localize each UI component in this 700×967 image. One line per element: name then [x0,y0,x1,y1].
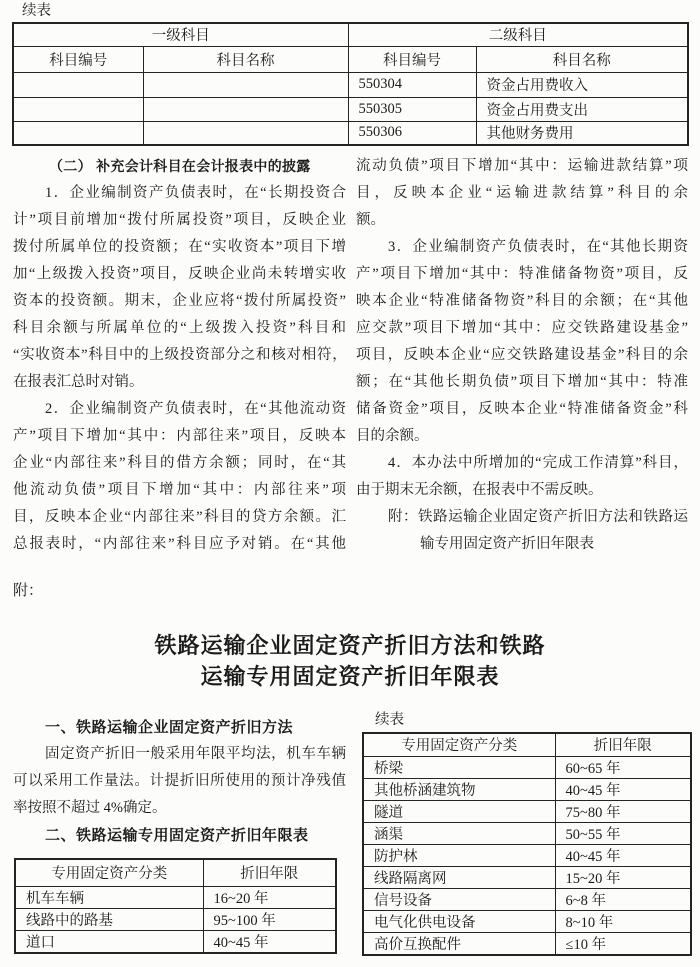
text-line: 率按照不超过 4%确定。 [13,795,346,822]
table-row: 高价互换配件 ≤10 年 [363,932,691,955]
col-header-asset-class: 专用固定资产分类 [15,859,203,886]
table-row: 信号设备 6~8 年 [363,888,691,910]
table-cell-asset: 涵渠 [363,822,555,844]
text-line: 映本企业“特准储备物资”科目的余额；在“其他 [356,288,688,315]
col-header-code-1: 科目编号 [13,46,143,72]
table-cell-years: 60~65 年 [555,756,691,778]
table-row: 隧道 75~80 年 [363,800,691,822]
table-cell-name: 资金占用费收入 [476,72,688,97]
table-cell-years: 16~20 年 [203,886,336,908]
table-cell-years: ≤10 年 [555,932,691,955]
text-line: 科目余额与所属单位的“上级拨入投资”科目和 [13,315,346,342]
table-cell-years: 40~45 年 [555,844,691,866]
table-cell-code: 550306 [348,121,476,145]
text-line: 由于期末无余额，在报表中不需反映。 [356,477,688,504]
text-line: 资本的投资额。期末，企业应将“拨付所属投资” [13,288,346,315]
table-row: 涵渠 50~55 年 [363,822,691,844]
supplementary-accounts-table: 一级科目 二级科目 科目编号 科目名称 科目编号 科目名称 550304 资金占… [12,22,689,146]
continued-table-label-bottom: 续表 [375,711,404,729]
table-cell-asset: 信号设备 [363,888,555,910]
table-row: 550304 资金占用费收入 [13,72,688,97]
col-header-years: 折旧年限 [203,859,336,886]
table-cell-years: 95~100 年 [203,908,336,930]
table-cell-asset: 线路中的路基 [15,908,203,930]
text-line: 附：铁路运输企业固定资产折旧方法和铁路运 [356,504,688,531]
text-line: 额；在“其他长期负债”项目下增加“其中：特准 [356,369,688,396]
text-line: 加“上级拨入投资”项目，反映企业尚未转增实收 [13,261,346,288]
table-cell [13,72,143,97]
document-page: 续表 一级科目 二级科目 科目编号 科目名称 科目编号 科目名称 550304 … [0,0,700,967]
text-line: 计”项目前增加“拨付所属投资”项目，反映企业 [13,207,346,234]
table-cell-asset: 桥梁 [363,756,555,778]
col-header-code-2: 科目编号 [348,46,476,72]
table-cell-years: 40~45 年 [203,930,336,953]
table-cell-asset: 其他桥涵建筑物 [363,778,555,800]
text-line: 产”项目下增加“其中：特准储备物资”项目，反 [356,261,688,288]
depreciation-years-table-continued: 专用固定资产分类 折旧年限 桥梁 60~65 年 其他桥涵建筑物 40~45 年… [362,732,692,956]
right-text-column: 流动负债”项目下增加“其中：运输进款结算”项 目，反映本企业“运输进款结算”科目… [356,153,688,558]
attachment-label: 附： [13,578,43,605]
text-line: 可以采用工作量法。计提折旧所使用的预计净残值 [13,768,346,795]
text-line: 产”项目下增加“其中：内部往来”项目，反映本 [13,423,346,450]
table-column-header-row: 科目编号 科目名称 科目编号 科目名称 [13,46,688,72]
text-line: 输专用固定资产折旧年限表 [356,531,688,558]
text-line: 企业“内部往来”科目的借方余额；同时，在“其 [13,450,346,477]
section1-heading: 一、铁路运输企业固定资产折旧方法 [13,714,346,741]
depreciation-years-table: 专用固定资产分类 折旧年限 机车车辆 16~20 年 线路中的路基 95~100… [14,858,337,954]
table-cell [13,121,143,145]
table-cell-code: 550305 [348,97,476,121]
table-cell-asset: 防护林 [363,844,555,866]
table-cell-asset: 电气化供电设备 [363,910,555,932]
table-cell [143,121,348,145]
table-cell-asset: 高价互换配件 [363,932,555,955]
text-line: 拨付所属单位的投资额；在“实收资本”项目下增 [13,234,346,261]
text-line: 额。 [356,207,688,234]
text-line: 项目，反映本企业“应交铁路建设基金”科目的余 [356,342,688,369]
table-header-row: 专用固定资产分类 折旧年限 [15,859,336,886]
text-line: 流动负债”项目下增加“其中：运输进款结算”项 [356,153,688,180]
text-line: 在报表汇总时对销。 [13,369,346,396]
table-cell-years: 15~20 年 [555,866,691,888]
group-header-level2: 二级科目 [348,23,688,46]
attachment-title-line1: 铁路运输企业固定资产折旧方法和铁路 [0,630,700,661]
table-row: 电气化供电设备 8~10 年 [363,910,691,932]
section2-heading: 二、铁路运输专用固定资产折旧年限表 [13,822,346,849]
table-cell-asset: 线路隔离网 [363,866,555,888]
col-header-asset-class: 专用固定资产分类 [363,733,555,756]
text-line: 4．本办法中所增加的“完成工作清算”科目， [356,450,688,477]
table-row: 550305 资金占用费支出 [13,97,688,121]
text-line: 应交款”项目下增加“其中：应交铁路建设基金” [356,315,688,342]
col-header-years: 折旧年限 [555,733,691,756]
text-line: 目的余额。 [356,423,688,450]
left-text-column: （二） 补充会计科目在会计报表中的披露 1．企业编制资产负债表时，在“长期投资合… [13,153,346,558]
text-line: 3．企业编制资产负债表时，在“其他长期资 [356,234,688,261]
table-cell-asset: 机车车辆 [15,886,203,908]
table-cell-asset: 道口 [15,930,203,953]
table-cell [143,97,348,121]
table-cell-years: 75~80 年 [555,800,691,822]
table-cell-code: 550304 [348,72,476,97]
text-line: 储备资金”项目，反映本企业“特准储备资金”科 [356,396,688,423]
table-cell [13,97,143,121]
table-cell-name: 资金占用费支出 [476,97,688,121]
table-cell [143,72,348,97]
table-row: 线路隔离网 15~20 年 [363,866,691,888]
text-line: “实收资本”科目中的上级投资部分之和核对相符， [13,342,346,369]
table-row: 550306 其他财务费用 [13,121,688,145]
col-header-name-1: 科目名称 [143,46,348,72]
table-cell-asset: 隧道 [363,800,555,822]
section1-paragraph: 固定资产折旧一般采用年限平均法，机车车辆 可以采用工作量法。计提折旧所使用的预计… [13,741,346,822]
text-line: 总报表时，“内部往来”科目应予对销。在“其他 [13,531,346,558]
table-row: 道口 40~45 年 [15,930,336,953]
table-row: 线路中的路基 95~100 年 [15,908,336,930]
attachment-title-line2: 运输专用固定资产折旧年限表 [0,661,700,692]
text-line: 他流动负债”项目下增加“其中：内部往来”项 [13,477,346,504]
table-group-header-row: 一级科目 二级科目 [13,23,688,46]
col-header-name-2: 科目名称 [476,46,688,72]
table-row: 其他桥涵建筑物 40~45 年 [363,778,691,800]
text-line: 2．企业编制资产负债表时，在“其他流动资 [13,396,346,423]
text-line: 1．企业编制资产负债表时，在“长期投资合 [13,180,346,207]
table-cell-years: 8~10 年 [555,910,691,932]
text-line: 目，反映本企业“内部往来”科目的贷方余额。汇 [13,504,346,531]
group-header-level1: 一级科目 [13,23,348,46]
table-header-row: 专用固定资产分类 折旧年限 [363,733,691,756]
text-line: 固定资产折旧一般采用年限平均法，机车车辆 [13,741,346,768]
table-row: 桥梁 60~65 年 [363,756,691,778]
table-cell-name: 其他财务费用 [476,121,688,145]
table-row: 机车车辆 16~20 年 [15,886,336,908]
table-row: 防护林 40~45 年 [363,844,691,866]
table-cell-years: 6~8 年 [555,888,691,910]
table-cell-years: 50~55 年 [555,822,691,844]
table-cell-years: 40~45 年 [555,778,691,800]
continued-table-label-top: 续表 [22,2,51,20]
text-line: 目，反映本企业“运输进款结算”科目的余 [356,180,688,207]
subsection-heading: （二） 补充会计科目在会计报表中的披露 [13,153,346,180]
